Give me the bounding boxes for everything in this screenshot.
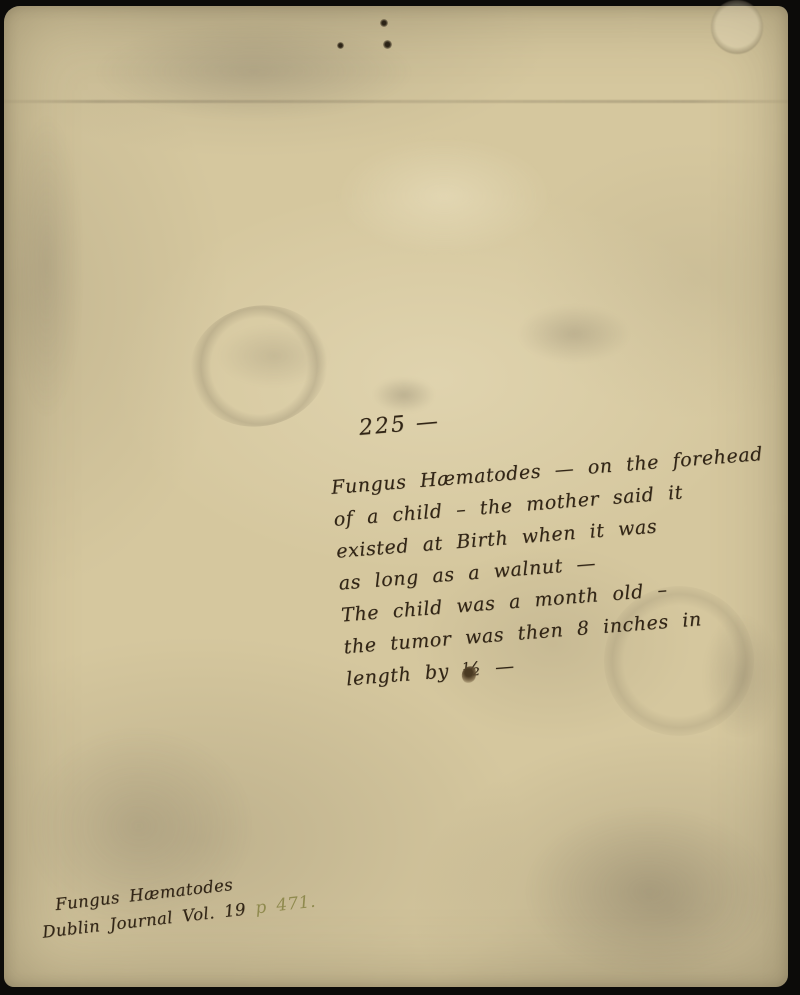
manuscript-page: 225 — Fungus Hæmatodes — on the forehead… [4, 6, 788, 987]
ink-speck [383, 40, 392, 49]
fold-crease [4, 100, 788, 103]
scan-backdrop: 225 — Fungus Hæmatodes — on the forehead… [0, 0, 800, 995]
stain [219, 326, 329, 386]
ink-speck [380, 19, 388, 27]
page-number: 225 — [358, 409, 441, 441]
manuscript-text: Fungus Hæmatodes — on the forehead of a … [330, 438, 779, 695]
stain [524, 806, 774, 976]
ink-speck [337, 42, 344, 49]
footer-annotation: Fungus Hæmatodes Dublin Journal Vol. 19 … [38, 863, 317, 946]
stain [334, 136, 554, 256]
stain [12, 116, 82, 416]
embossed-seal [711, 0, 763, 54]
stain [94, 24, 414, 120]
stain [374, 378, 434, 412]
footer-page-ref: p 471. [254, 892, 316, 919]
stain [519, 306, 629, 362]
stain [177, 291, 342, 441]
